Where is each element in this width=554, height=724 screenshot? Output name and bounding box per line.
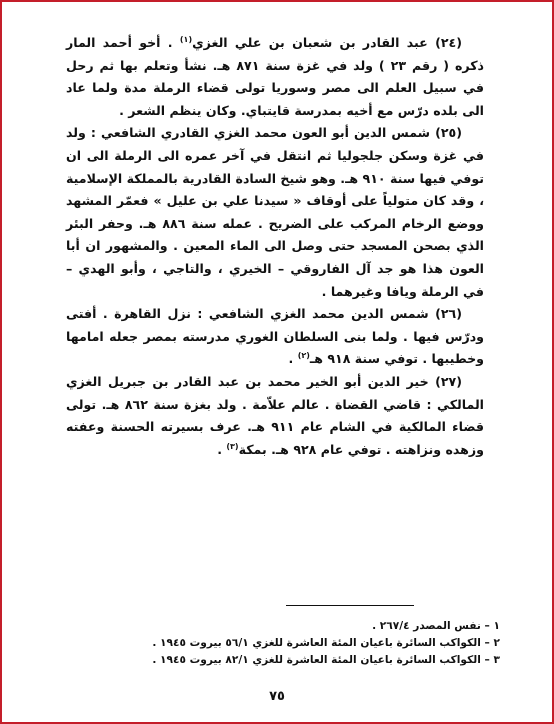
footnote-ref[interactable]: (٢) <box>298 351 310 360</box>
entry-number: (٢٦) <box>435 306 462 321</box>
entry-25: (٢٥) شمس الدين أبو العون محمد الغزي القا… <box>66 122 484 303</box>
entry-text: شمس الدين أبو العون محمد الغزي القادري ا… <box>66 125 484 298</box>
footnote-divider <box>286 605 414 606</box>
entry-27: (٢٧) خير الدين أبو الخير محمد بن عبد الق… <box>66 371 484 461</box>
footnote-2: ٢ – الكواكب السائرة باعيان المئة العاشرة… <box>60 635 500 652</box>
entry-text-end: . <box>289 351 294 366</box>
page-number: ٧٥ <box>0 689 554 704</box>
entry-title: عبد القادر بن شعبان بن علي الغزي <box>192 35 428 50</box>
entry-number: (٢٧) <box>435 374 462 389</box>
footnote-3: ٣ – الكواكب السائرة باعيان المئة العاشرة… <box>60 652 500 669</box>
footnote-1: ١ – نفس المصدر ٢٦٧/٤ . <box>60 618 500 635</box>
entry-number: (٢٥) <box>435 125 462 140</box>
entry-text-end: . <box>217 442 222 457</box>
page-body: (٢٤) عبد القادر بن شعبان بن علي الغزي(١)… <box>66 32 484 461</box>
entry-24: (٢٤) عبد القادر بن شعبان بن علي الغزي(١)… <box>66 32 484 122</box>
footnote-ref[interactable]: (٣) <box>226 442 238 451</box>
entry-number: (٢٤) <box>435 35 462 50</box>
entry-text: خير الدين أبو الخير محمد بن عبد القادر ب… <box>66 374 484 457</box>
footnotes: ١ – نفس المصدر ٢٦٧/٤ . ٢ – الكواكب السائ… <box>60 618 500 669</box>
entry-text: شمس الدين محمد الغزي الشافعي : نزل القاه… <box>66 306 484 366</box>
footnote-ref[interactable]: (١) <box>180 35 192 44</box>
entry-26: (٢٦) شمس الدين محمد الغزي الشافعي : نزل … <box>66 303 484 371</box>
